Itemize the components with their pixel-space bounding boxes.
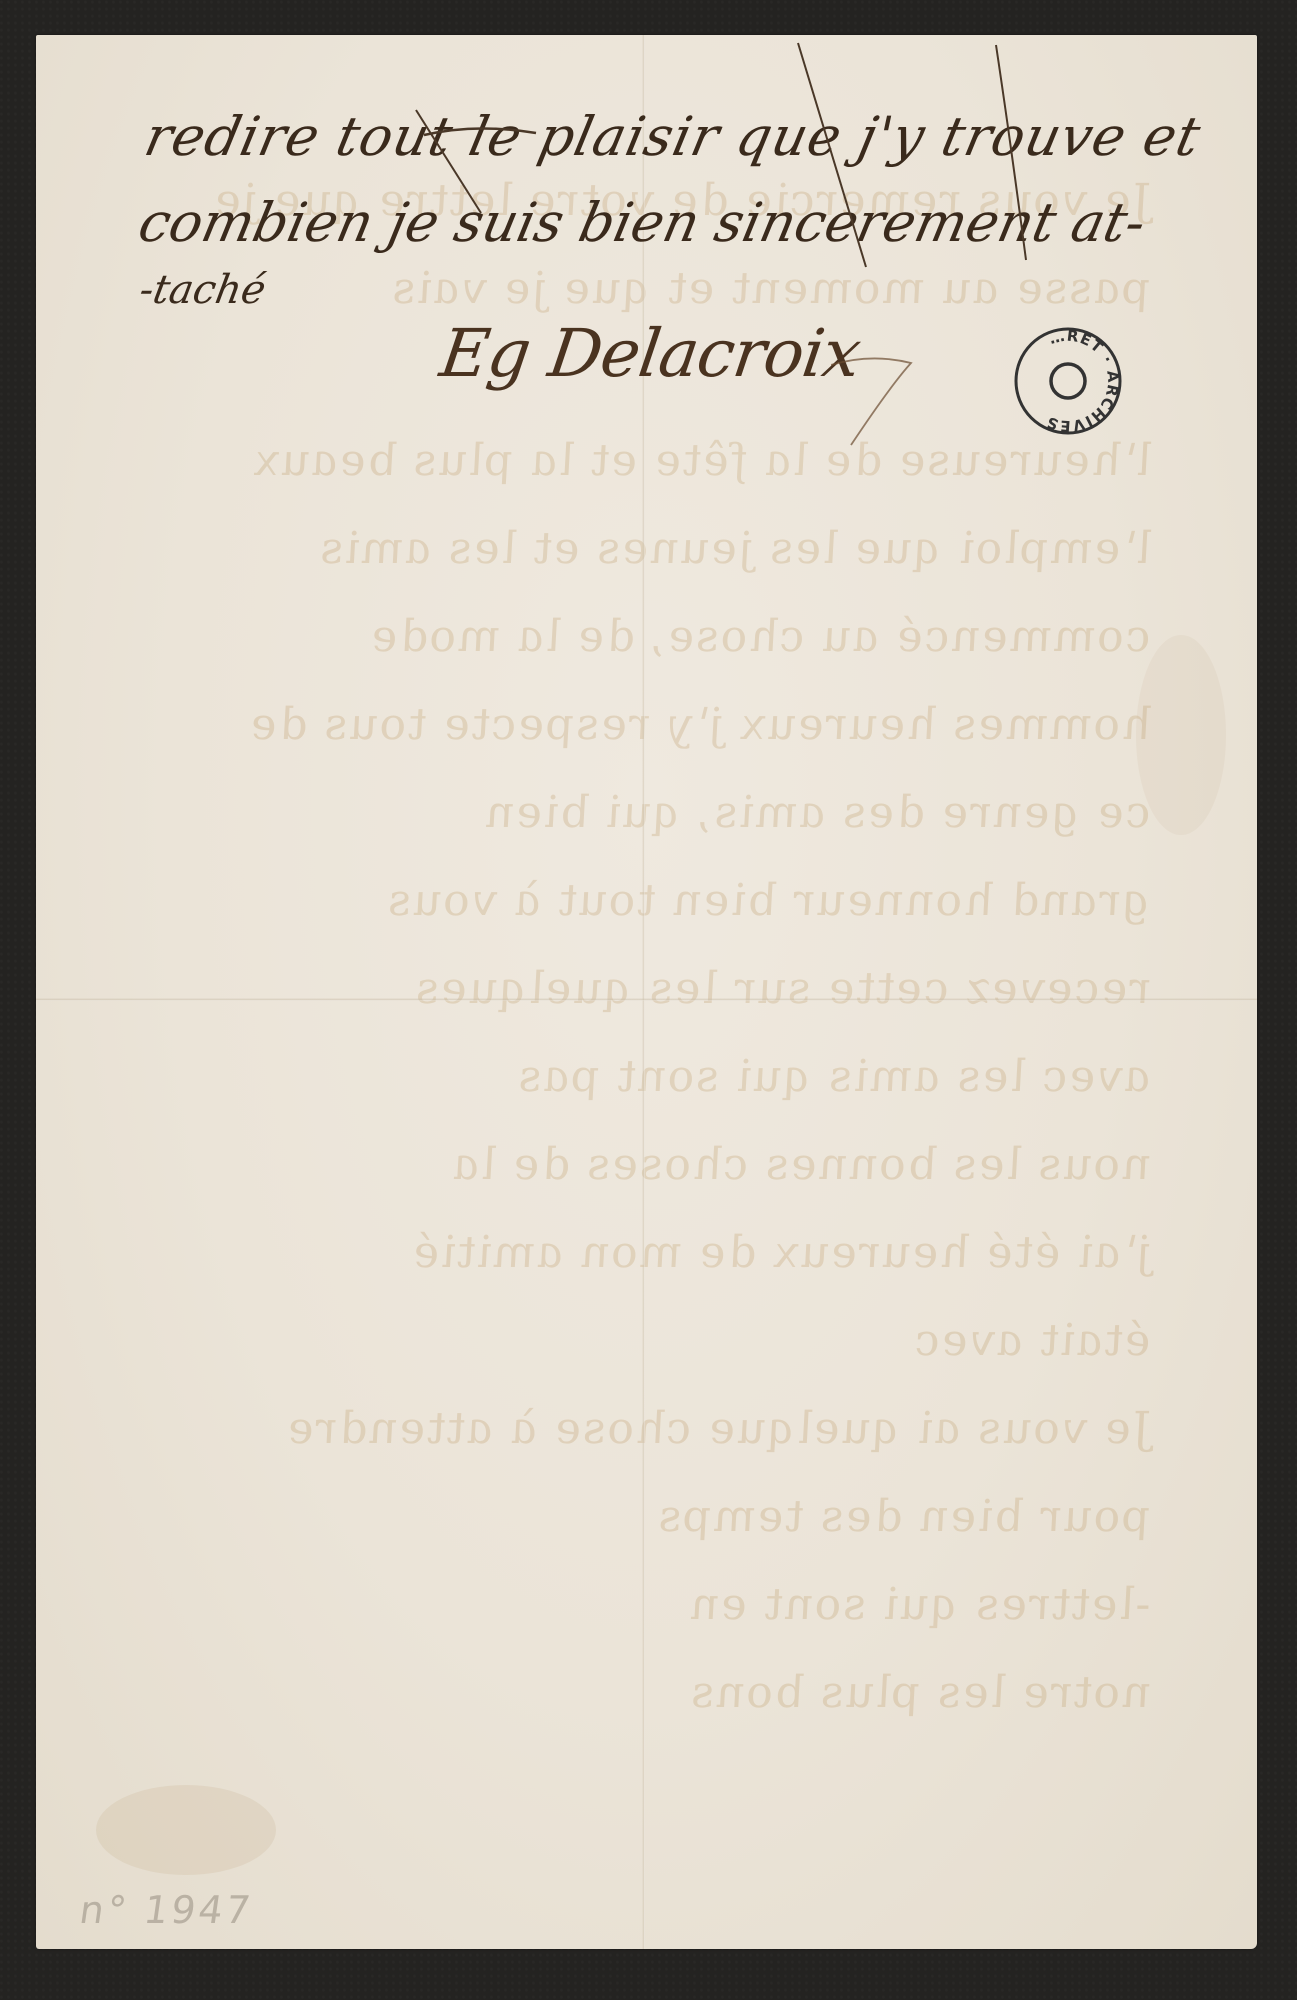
bleed-line: j'ai été heureux de mon amitié	[135, 1227, 1158, 1278]
bleed-line: pour bien des temps	[135, 1491, 1158, 1542]
bleed-line: l'emploi que les jeunes et les amis	[135, 523, 1158, 574]
handwritten-line-1: redire tout le plaisir que j'y trouve et	[139, 105, 1206, 168]
bleed-line: commencé au chose, de la mode	[135, 611, 1158, 662]
svg-text:…RET · ARCHIVES: …RET · ARCHIVES	[1044, 327, 1123, 436]
signature-flourish	[831, 335, 961, 455]
handwritten-line-2: combien je suis bien sincerement at-	[133, 191, 1151, 254]
bleed-line: avec les amis qui sont pas	[135, 1051, 1158, 1102]
bleed-line: Je vous ai quelque chose à attendre	[135, 1403, 1158, 1454]
handwritten-line-3: -taché	[136, 267, 269, 313]
bleed-line: recevez cette sur les quelques	[135, 963, 1158, 1014]
bleed-line: l'heureuse de la fête et la plus beaux	[135, 435, 1158, 486]
signature: Eg Delacroix	[436, 315, 865, 392]
bleed-line: notre les plus bons	[135, 1667, 1158, 1718]
bleed-line: grand honneur bien tout à vous	[135, 875, 1158, 926]
horizontal-fold-line	[36, 998, 1257, 1001]
bleed-line: nous les bonnes choses de la	[135, 1139, 1158, 1190]
bleed-line: hommes heureux j'y respecte tous de	[135, 699, 1158, 750]
bleed-line: était avec	[135, 1315, 1158, 1366]
archive-stamp-icon: …RET · ARCHIVES	[1012, 325, 1124, 437]
bleed-line: ce genre des amis, qui bien	[135, 787, 1158, 838]
letter-page: Je vous remercie de votre lettre que je …	[36, 35, 1257, 1949]
catalog-number-note: n° 1947	[77, 1888, 256, 1932]
stamp-text: …RET · ARCHIVES	[1044, 327, 1123, 436]
bleed-line: passe au moment et que je vais	[135, 263, 1158, 314]
bleed-line: -lettres qui sont en	[135, 1579, 1158, 1630]
